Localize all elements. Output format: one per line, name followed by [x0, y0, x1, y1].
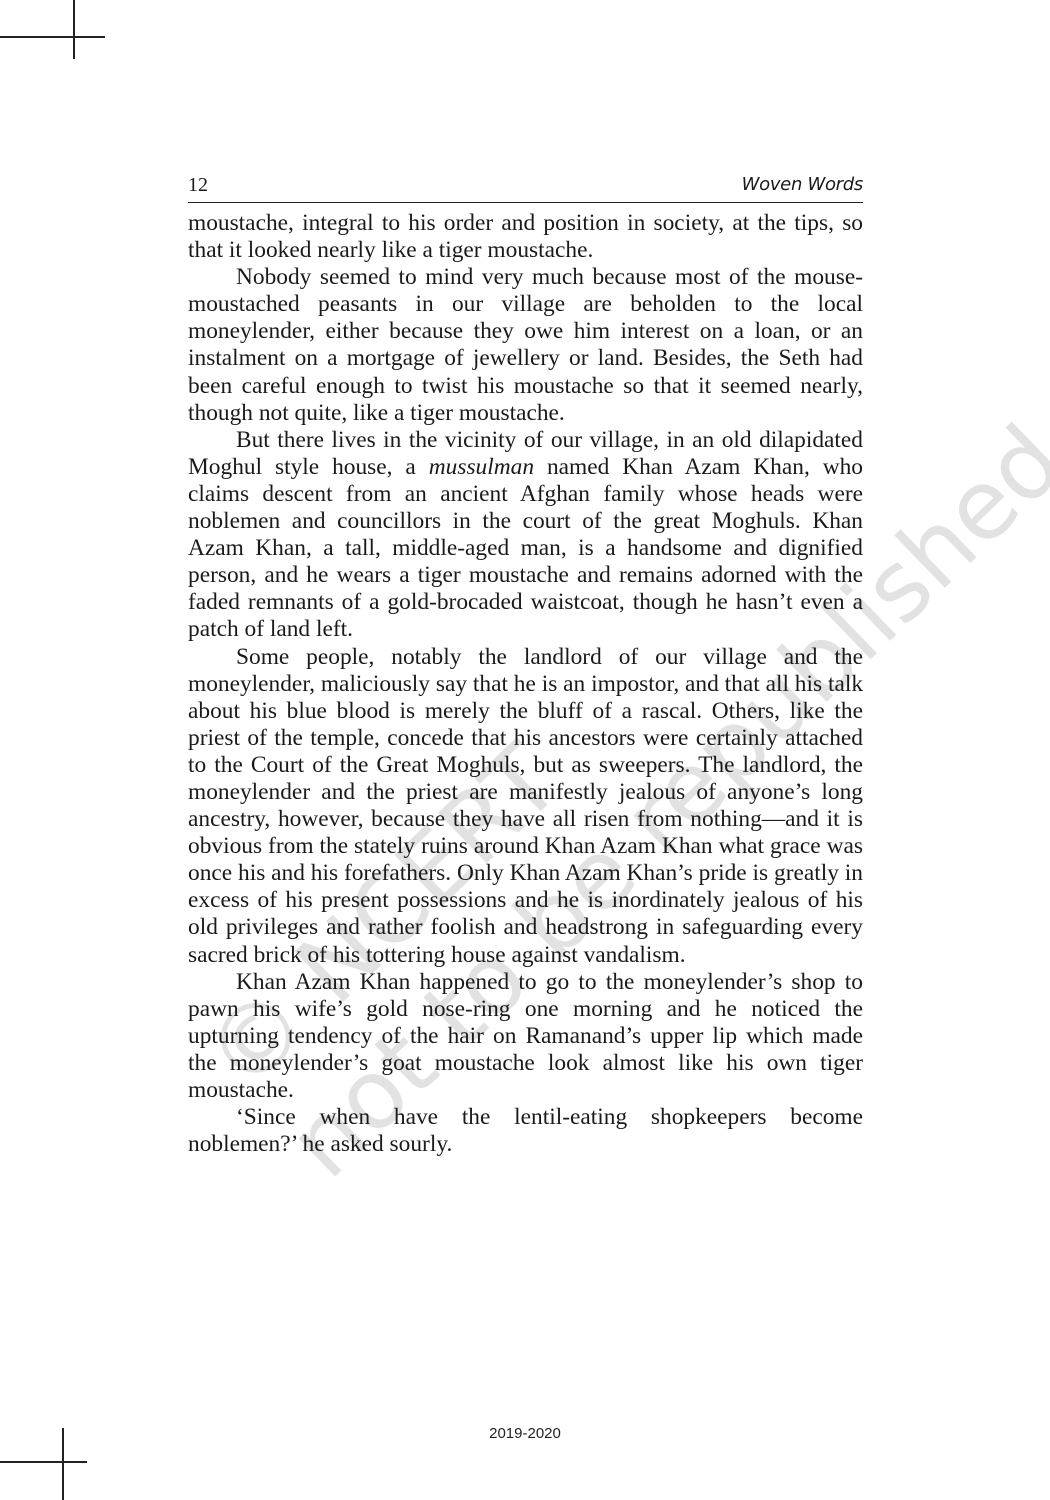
- crop-mark-top-horizontal: [0, 36, 105, 38]
- paragraph-6: ‘Since when have the lentil-eating shopk…: [188, 1104, 863, 1158]
- paragraph-2: Nobody seemed to mind very much because …: [188, 264, 863, 427]
- crop-mark-top-vertical: [73, 0, 75, 59]
- running-head: 12 Woven Words: [188, 172, 863, 203]
- footer-year: 2019-2020: [0, 1425, 1050, 1442]
- paragraph-3: But there lives in the vicinity of our v…: [188, 427, 863, 644]
- book-title: Woven Words: [742, 174, 863, 195]
- italic-term-mussulman: mussulman: [429, 454, 534, 480]
- page-number: 12: [188, 174, 208, 197]
- body-text: moustache, integral to his order and pos…: [188, 210, 863, 1158]
- crop-mark-bottom-horizontal: [0, 1461, 87, 1463]
- paragraph-5: Khan Azam Khan happened to go to the mon…: [188, 969, 863, 1104]
- paragraph-3-part-2: named Khan Azam Khan, who claims descent…: [188, 454, 863, 643]
- paragraph-4: Some people, notably the landlord of our…: [188, 644, 863, 969]
- paragraph-1: moustache, integral to his order and pos…: [188, 210, 863, 264]
